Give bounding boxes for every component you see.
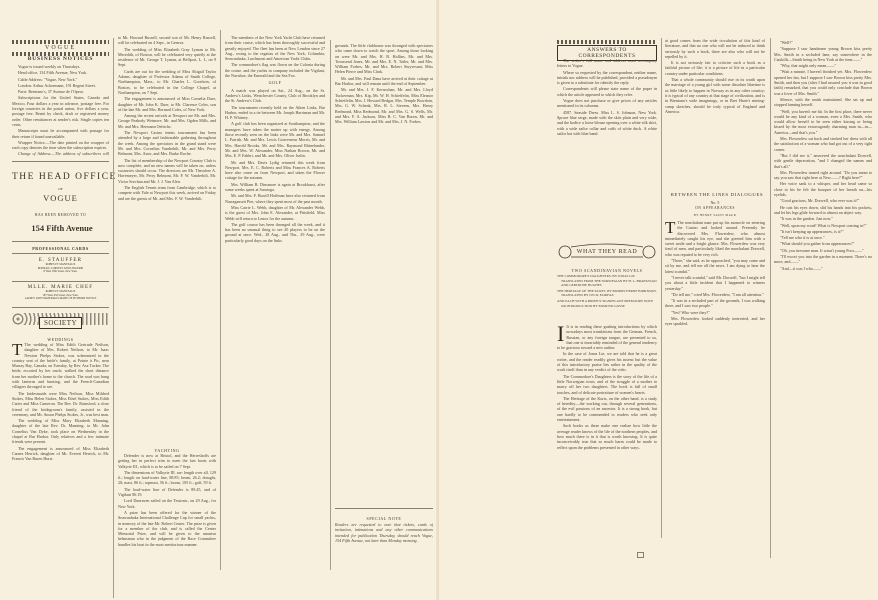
society-column-1: TThe wedding of Miss Edith Gertrude Neil… [12, 342, 109, 592]
review-paragraph: That a whole community should rise in it… [665, 77, 765, 114]
head-office-vogue: VOGUE [12, 193, 109, 203]
society-paragraph: The English Tennis team from Cambridge, … [118, 185, 216, 201]
review-continuation: at good comes from the wide circulation … [665, 38, 765, 186]
notice-paragraph: Subscriptions for the United States, Can… [12, 95, 109, 127]
card-line: LADIES' OWN MATERIALS MADE UP IN SHORT N… [12, 297, 109, 301]
notice-paragraph: Vogue is issued weekly on Thursdays. [12, 64, 109, 69]
between-the-lines-title: BETWEEN THE LINES DIALOGUES [665, 192, 769, 197]
special-note-text: Readers are requested to note that ticke… [335, 522, 433, 562]
notice-paragraph: Change of Address.—The address of subscr… [12, 151, 109, 158]
dialogue-paragraph: "Well, you haven't me hit. In the first … [774, 109, 872, 135]
society-paragraph: A match was played on Sat., 24 Aug., on … [225, 88, 325, 104]
dialogue-paragraph: "Oh, you tiresome man. It wasn't young P… [774, 248, 872, 253]
divider [12, 307, 109, 308]
special-note-title: SPECIAL NOTE [335, 516, 433, 521]
answers-body: The writer's full name and address must … [557, 58, 657, 216]
notice-paragraph: Manuscripts must be accompanied with pos… [12, 128, 109, 139]
society-paragraph: A golf club has been organized at Southa… [225, 121, 325, 158]
notice-paragraph: Head office, 154 Fifth Avenue, New York. [12, 70, 109, 75]
head-office-heading: THE HEAD OFFICE [12, 172, 122, 182]
scandinavian-subhead: TWO SCANDINAVIAN NOVELS [557, 268, 657, 273]
dialogue-continuation: "Well?" "Suppose I saw handsome young Br… [774, 40, 872, 560]
society-paragraph: The tournament recently held on the Aike… [225, 105, 325, 121]
checker-border-top [12, 40, 109, 44]
left-page: VOGUE BUSINESS NOTICES Vogue is issued w… [0, 0, 439, 600]
yachting-paragraph: Defender is now at Bristol, and the Herr… [118, 453, 216, 469]
book-entry: THE HERITAGE OF THE KURTS. BY BJØRNSTJER… [557, 289, 657, 298]
end-mark-icon [637, 552, 644, 558]
society-paragraph: The golf course has been thronged all th… [225, 222, 325, 243]
head-office-address: 154 Fifth Avenue [12, 223, 112, 233]
book-list: THE COMMODORE'S DAUGHTERS. BY JONAS LIE.… [557, 274, 657, 320]
notice-paragraph: Cable Address: "Vogue, New York." [12, 77, 109, 82]
society-paragraph: The commodore's flag was flown on the Co… [225, 62, 325, 78]
review-paragraph: at good comes from the wide circulation … [665, 38, 765, 59]
notice-paragraph: London: Arthur Ackermann, 191 Regent Str… [12, 83, 109, 88]
professional-card: MLLE. MARIE CHEF ROBES ET MANTEAUX 187 W… [12, 285, 109, 301]
dialogue-paragraph: "I never talk scandal," said Mr. Dorwell… [665, 275, 765, 291]
society-paragraph: Mr. and Mrs. Davis Lydig returned this w… [225, 160, 325, 181]
vogue-masthead-banner: VOGUE [12, 40, 109, 56]
dialogue-paragraph: Her voice sank to a whisper, and her hea… [774, 181, 872, 197]
dialogue-paragraph: "Why, that might only mean——" [774, 63, 872, 68]
dialogue-paragraph: "Do tell me," cried Mrs. Flowerdew, "I a… [665, 292, 765, 297]
answers-paragraph: Vogue does not purchase or give prices o… [557, 98, 657, 109]
society-paragraph: Mrs. William B. Dinsmore is again at Bro… [225, 182, 325, 193]
society-paragraph: The engagement is announced of Miss Corn… [118, 96, 216, 112]
society-paragraph: grounds. The little clubhouse was throng… [335, 43, 433, 75]
book-entry: THE COMMODORE'S DAUGHTERS. BY JONAS LIE.… [557, 274, 657, 288]
divider [335, 508, 433, 509]
society-paragraph: Cards are out for the wedding of Miss Ab… [118, 69, 216, 95]
society-banner: SOCIETY [12, 312, 109, 330]
yachting-column: Defender is now at Bristol, and the Herr… [118, 453, 216, 563]
dialogue-paragraph: Silence, with the smirk maintained. She … [774, 97, 872, 108]
dialogue-paragraph: "Suppose I saw handsome young Brown kiss… [774, 46, 872, 62]
dialogue-paragraph: He cast his eyes down, slid his hands in… [774, 205, 872, 216]
divider [12, 241, 109, 242]
society-paragraph: to Mr. Howard Russell, second son of Mr.… [118, 35, 216, 46]
review-paragraph: It is in reading these gushing introduct… [557, 324, 657, 350]
professional-cards-title: PROFESSIONAL CARDS [12, 246, 109, 251]
checker-border-top [557, 40, 657, 44]
dialogue-paragraph: "And—it was I who——" [774, 266, 872, 271]
card-line: 8 West 35th Street, New York. [12, 270, 109, 274]
dialogue-subtitle: ON APPEARANCES [665, 206, 765, 210]
business-notices-body: Vogue is issued weekly on Thursdays. Hea… [12, 64, 109, 158]
dialogue-paragraph: Mrs. Flowerdew looked suddenly intereste… [665, 316, 765, 327]
society-paragraph: Among the recent arrivals at Newport are… [118, 113, 216, 129]
society-paragraph: Mr. and Mrs. J. F. Kernochan, Mr. and Mr… [335, 87, 433, 124]
column-divider [661, 38, 662, 538]
society-column-3: The members of the New York Yacht Club h… [225, 35, 325, 595]
byline: BY HENRY SAINT MAUR [665, 213, 765, 217]
dialogue-paragraph: "Yes? Who were they?" [665, 310, 765, 315]
dropcap: I [557, 325, 564, 343]
yachting-paragraph: A prize has been offered for the winner … [118, 510, 216, 547]
review-paragraph: It is not seriously fair to criticise su… [665, 60, 765, 76]
answers-paragraph: 4587. Seaside Dress. Miss L. S. Johnson,… [557, 110, 657, 136]
yachting-paragraph: Lord Dunraven sailed on the Teutonic, on… [118, 498, 216, 509]
what-they-read-banner: WHAT THEY READ [557, 243, 657, 261]
what-they-read-body: IIt is in reading these gushing introduc… [557, 324, 657, 538]
society-paragraph: The wedding of Miss Mary Elizabeth Manni… [12, 418, 109, 444]
divider [12, 161, 109, 162]
review-paragraph: Such books as these make one realize how… [557, 423, 657, 449]
what-they-read-title: WHAT THEY READ [557, 249, 657, 255]
dialogue-body: TThe nonchalant man put up his monocle o… [665, 220, 765, 540]
book-entry: AND EACH WITH A BRIEFLY SIGNIFICANT PREF… [557, 299, 657, 308]
divider [12, 281, 109, 282]
notice-paragraph: Wrapper Notice.—The date printed on the … [12, 140, 109, 151]
business-notices-title: BUSINESS NOTICES [12, 56, 109, 62]
dialogue-paragraph: "But I did see it," answered the nonchal… [774, 153, 872, 169]
society-column-2: to Mr. Howard Russell, second son of Mr.… [118, 35, 216, 435]
dialogue-paragraph: "Good gracious, Mr. Dorwell, who ever wa… [774, 198, 872, 203]
notice-paragraph: Paris: Brentano's, 37 Avenue de l'Opera. [12, 89, 109, 94]
head-office-of: OF [12, 187, 109, 191]
column-divider [770, 38, 771, 558]
society-paragraph: Mr. and Mrs. F. Burrill Hoffman have als… [225, 193, 325, 204]
answers-paragraph: Where so requested by the correspondent,… [557, 70, 657, 86]
dialogue-paragraph: "Tell me who it is at once." [774, 235, 872, 240]
right-page: ANSWERS TO CORRESPONDENTS The writer's f… [439, 0, 878, 600]
society-column-4: grounds. The little clubhouse was throng… [335, 43, 433, 503]
dialogue-paragraph: Mrs. Flowerdew sat back and stroked her … [774, 136, 872, 152]
society-paragraph: Miss Carrie L. Webb, daughter of Mr. Ale… [225, 205, 325, 221]
dialogue-number: No. 5 [665, 200, 765, 205]
head-office-removed: HAS BEEN REMOVED TO [12, 213, 109, 217]
dialogue-paragraph: "Wait a minute, I haven't finished yet. … [774, 69, 872, 95]
society-paragraph: The list of membership of the Newport Co… [118, 158, 216, 184]
society-paragraph: The members of the New York Yacht Club h… [225, 35, 325, 61]
review-paragraph: In the case of Jonas Lie, we are told th… [557, 351, 657, 372]
column-divider [220, 30, 221, 570]
column-divider [113, 38, 114, 598]
divider [12, 253, 109, 254]
answers-paragraph: Correspondents will please state name of… [557, 86, 657, 97]
dialogue-paragraph: The nonchalant man put up his monocle on… [665, 220, 765, 257]
masthead-title: VOGUE [12, 45, 109, 51]
dialogue-paragraph: Mrs. Flowerdew turned right around. "Do … [774, 170, 872, 181]
society-paragraph: Mr. and Mrs. Paul Dana have arrived at t… [335, 76, 433, 87]
dialogue-paragraph: "It was in the garden. Just now." [774, 216, 872, 221]
yachting-paragraph: The load-water line of Defender is 89.45… [118, 487, 216, 498]
answers-paragraph: The writer's full name and address must … [557, 58, 657, 69]
review-paragraph: The Commodore's Daughters is the story o… [557, 374, 657, 395]
dialogue-paragraph: "I'll escort you into the garden in a mo… [774, 254, 872, 265]
yachting-paragraph: The dimensions of Valkyrie III. are: len… [118, 470, 216, 486]
dialogue-paragraph: "There," she said, as he approached, "yo… [665, 258, 765, 274]
society-title: SOCIETY [39, 317, 82, 329]
society-paragraph: The Newport Casino tennis tournament has… [118, 130, 216, 156]
dropcap: T [12, 343, 22, 357]
dropcap: T [665, 221, 675, 235]
review-paragraph: The Heritage of the Kurts, on the other … [557, 396, 657, 422]
dialogue-paragraph: "What should you gather from appearances… [774, 241, 872, 246]
dialogue-paragraph: "Well, upon my word! What is Newport com… [774, 223, 872, 228]
society-paragraph: The bridesmaids were Miss Neilson, Miss … [12, 391, 109, 417]
column-divider [330, 40, 331, 570]
dialogue-paragraph: "Well?" [774, 40, 872, 45]
society-paragraph: The wedding of Miss Elizabeth Gray Lyman… [118, 47, 216, 68]
society-paragraph: The engagement is announced of Miss Eliz… [12, 446, 109, 462]
golf-subhead: GOLF [225, 80, 325, 85]
society-paragraph: The wedding of Miss Edith Gertrude Neils… [12, 342, 109, 389]
dialogue-paragraph: "It was in a secluded part of the ground… [665, 298, 765, 309]
professional-card: E. STAUFFER ROBES ET MANTEAUX PERSIAN, C… [12, 258, 109, 274]
dialogue-paragraph: "It isn't keeping up appearances, is it?… [774, 229, 872, 234]
